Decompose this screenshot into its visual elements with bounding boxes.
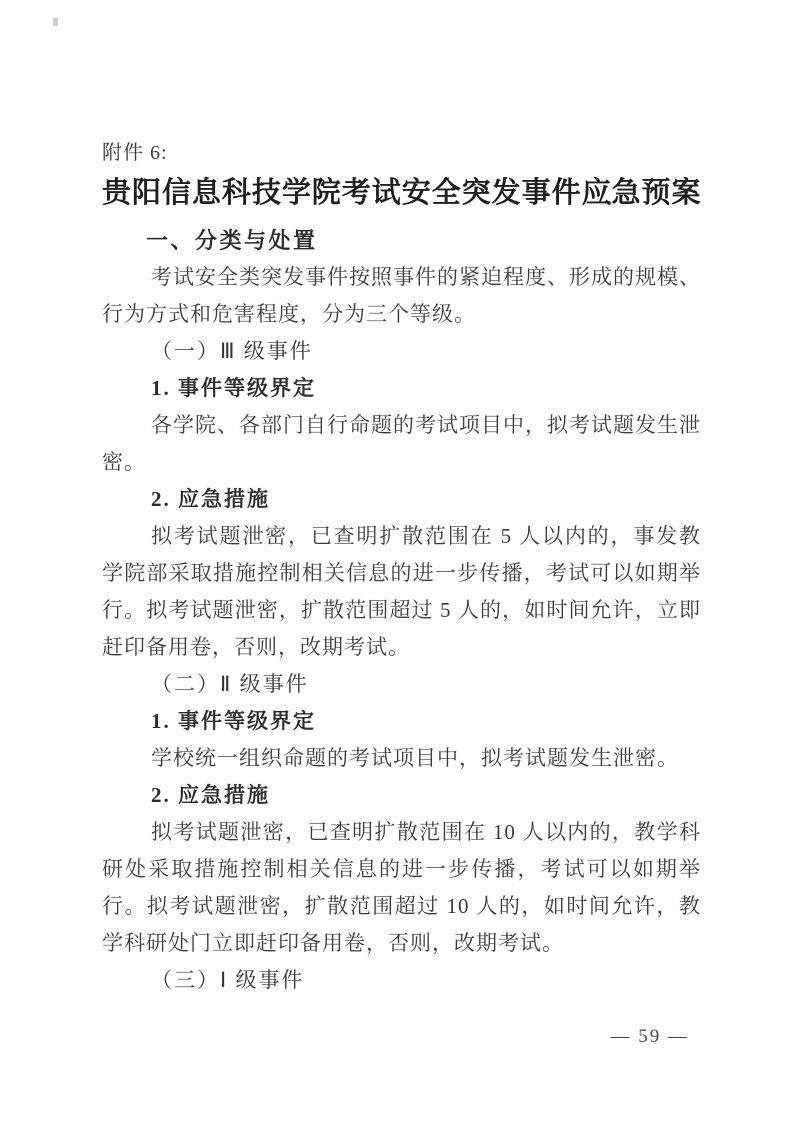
subsection-heading: （一）Ⅲ 级事件 [102, 333, 701, 370]
paragraph: 拟考试题泄密，已查明扩散范围在 10 人以内的，教学科研处采取措施控制相关信息的… [102, 814, 701, 962]
document-body: 一、分类与处置考试安全类突发事件按照事件的紧迫程度、形成的规模、行为方式和危害程… [102, 222, 701, 999]
item-heading: 1. 事件等级界定 [102, 703, 701, 740]
item-heading: 2. 应急措施 [102, 481, 701, 518]
document-content: 附件 6: 贵阳信息科技学院考试安全突发事件应急预案 一、分类与处置考试安全类突… [102, 140, 701, 999]
document-title: 贵阳信息科技学院考试安全突发事件应急预案 [102, 173, 701, 213]
paragraph: 学校统一组织命题的考试项目中，拟考试题发生泄密。 [102, 740, 701, 777]
scan-artifact [53, 18, 58, 26]
paragraph: 考试安全类突发事件按照事件的紧迫程度、形成的规模、行为方式和危害程度，分为三个等… [102, 259, 701, 333]
item-heading: 1. 事件等级界定 [102, 370, 701, 407]
document-page: 附件 6: 贵阳信息科技学院考试安全突发事件应急预案 一、分类与处置考试安全类突… [0, 0, 793, 1122]
subsection-heading: （三）Ⅰ 级事件 [102, 962, 701, 999]
page-number: — 59 — [611, 1026, 690, 1048]
subsection-heading: （二）Ⅱ 级事件 [102, 666, 701, 703]
section-heading: 一、分类与处置 [102, 222, 701, 259]
paragraph: 拟考试题泄密，已查明扩散范围在 5 人以内的，事发教学院部采取措施控制相关信息的… [102, 518, 701, 666]
attachment-label: 附件 6: [102, 140, 701, 167]
paragraph: 各学院、各部门自行命题的考试项目中，拟考试题发生泄密。 [102, 407, 701, 481]
item-heading: 2. 应急措施 [102, 777, 701, 814]
